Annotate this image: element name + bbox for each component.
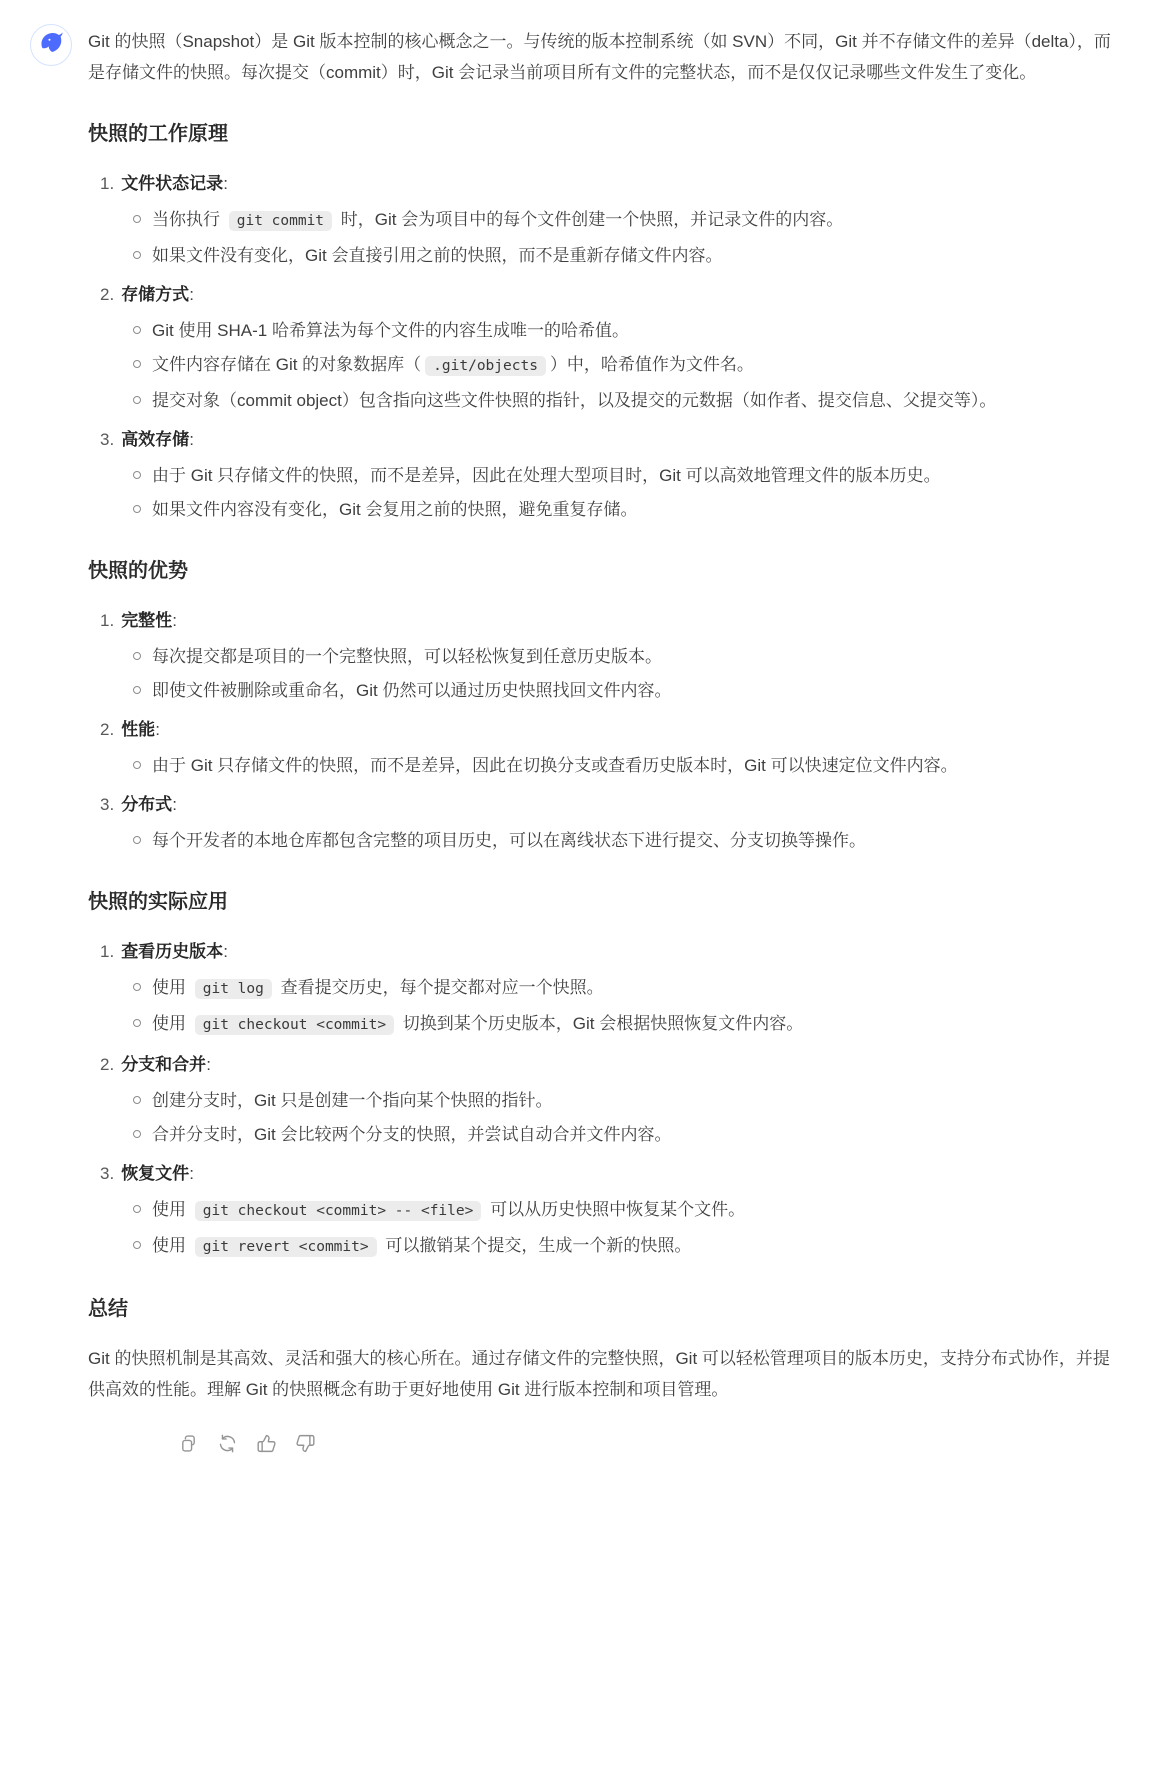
- inline-code: git checkout <commit>: [195, 1015, 394, 1035]
- deepseek-whale-icon: [38, 29, 65, 61]
- bullet-text: 由于 Git 只存储文件的快照，而不是差异，因此在切换分支或查看历史版本时，Gi…: [152, 750, 1123, 781]
- list-item-term: 2.分支和合并:: [100, 1049, 1123, 1080]
- list-item-number: 3.: [100, 795, 114, 814]
- bullet-marker-icon: [133, 983, 141, 991]
- bullet-item: 当你执行 git commit 时，Git 会为项目中的每个文件创建一个快照，并…: [100, 204, 1123, 237]
- copy-button[interactable]: [176, 1431, 200, 1455]
- regenerate-icon: [217, 1433, 238, 1454]
- list-item-term-label: 查看历史版本: [121, 942, 223, 961]
- bullet-item: 使用 git revert <commit> 可以撤销某个提交，生成一个新的快照…: [100, 1230, 1123, 1263]
- section-heading: 快照的实际应用: [88, 888, 1123, 916]
- copy-icon: [178, 1433, 199, 1454]
- list-item-term: 3.恢复文件:: [100, 1158, 1123, 1189]
- inline-code: git commit: [229, 211, 332, 231]
- thumbs-down-icon: [295, 1433, 316, 1454]
- inline-code: .git/objects: [425, 356, 546, 376]
- bullet-item: 由于 Git 只存储文件的快照，而不是差异，因此在处理大型项目时，Git 可以高…: [100, 460, 1123, 491]
- ordered-list: 1.文件状态记录:当你执行 git commit 时，Git 会为项目中的每个文…: [88, 168, 1123, 525]
- list-item-term-label: 恢复文件: [121, 1164, 189, 1183]
- list-item-number: 1.: [100, 174, 114, 193]
- bullet-item: 提交对象（commit object）包含指向这些文件快照的指针，以及提交的元数…: [100, 385, 1123, 416]
- bullet-text: 由于 Git 只存储文件的快照，而不是差异，因此在处理大型项目时，Git 可以高…: [152, 460, 1123, 491]
- paragraph: Git 的快照机制是其高效、灵活和强大的核心所在。通过存储文件的完整快照，Git…: [88, 1343, 1123, 1405]
- list-item-term: 2.存储方式:: [100, 279, 1123, 310]
- bullet-item: 合并分支时，Git 会比较两个分支的快照，并尝试自动合并文件内容。: [100, 1119, 1123, 1150]
- bullet-text: 当你执行 git commit 时，Git 会为项目中的每个文件创建一个快照，并…: [152, 204, 1123, 237]
- list-item-term: 3.高效存储:: [100, 424, 1123, 455]
- bullet-marker-icon: [133, 471, 141, 479]
- list-item-term-label: 分支和合并: [121, 1055, 206, 1074]
- bullet-marker-icon: [133, 761, 141, 769]
- bullet-text: 创建分支时，Git 只是创建一个指向某个快照的指针。: [152, 1085, 1123, 1116]
- list-item-term: 1.完整性:: [100, 605, 1123, 636]
- list-item-number: 3.: [100, 1164, 114, 1183]
- ordered-list: 1.完整性:每次提交都是项目的一个完整快照，可以轻松恢复到任意历史版本。即使文件…: [88, 605, 1123, 856]
- bullet-marker-icon: [133, 686, 141, 694]
- bullet-text: 提交对象（commit object）包含指向这些文件快照的指针，以及提交的元数…: [152, 385, 1123, 416]
- bullet-item: 创建分支时，Git 只是创建一个指向某个快照的指针。: [100, 1085, 1123, 1116]
- list-item-term: 1.文件状态记录:: [100, 168, 1123, 199]
- bullet-text: 如果文件没有变化，Git 会直接引用之前的快照，而不是重新存储文件内容。: [152, 240, 1123, 271]
- bullet-item: 即使文件被删除或重命名，Git 仍然可以通过历史快照找回文件内容。: [100, 675, 1123, 706]
- message-content: Git 的快照（Snapshot）是 Git 版本控制的核心概念之一。与传统的版…: [88, 26, 1123, 1405]
- list-item-number: 2.: [100, 1055, 114, 1074]
- section-heading: 总结: [88, 1295, 1123, 1323]
- bullet-item: 使用 git log 查看提交历史，每个提交都对应一个快照。: [100, 972, 1123, 1005]
- bullet-item: 每次提交都是项目的一个完整快照，可以轻松恢复到任意历史版本。: [100, 641, 1123, 672]
- list-item-number: 1.: [100, 942, 114, 961]
- thumbs-up-icon: [256, 1433, 277, 1454]
- list-item-number: 3.: [100, 430, 114, 449]
- list-item-term-label: 文件状态记录: [121, 174, 223, 193]
- bullet-text: 使用 git checkout <commit> 切换到某个历史版本，Git 会…: [152, 1008, 1123, 1041]
- thumbs-up-button[interactable]: [254, 1431, 278, 1455]
- bullet-text: 使用 git log 查看提交历史，每个提交都对应一个快照。: [152, 972, 1123, 1005]
- list-item-term: 1.查看历史版本:: [100, 936, 1123, 967]
- list-item-number: 2.: [100, 285, 114, 304]
- list-item-term-label: 存储方式: [121, 285, 189, 304]
- bullet-marker-icon: [133, 1205, 141, 1213]
- bullet-item: 如果文件没有变化，Git 会直接引用之前的快照，而不是重新存储文件内容。: [100, 240, 1123, 271]
- regenerate-button[interactable]: [215, 1431, 239, 1455]
- bullet-marker-icon: [133, 396, 141, 404]
- bullet-item: 由于 Git 只存储文件的快照，而不是差异，因此在切换分支或查看历史版本时，Gi…: [100, 750, 1123, 781]
- section-heading: 快照的优势: [88, 557, 1123, 585]
- inline-code: git revert <commit>: [195, 1237, 377, 1257]
- bullet-marker-icon: [133, 215, 141, 223]
- bullet-text: 每个开发者的本地仓库都包含完整的项目历史，可以在离线状态下进行提交、分支切换等操…: [152, 825, 1123, 856]
- list-item-number: 1.: [100, 611, 114, 630]
- bullet-text: 使用 git revert <commit> 可以撤销某个提交，生成一个新的快照…: [152, 1230, 1123, 1263]
- bullet-text: 每次提交都是项目的一个完整快照，可以轻松恢复到任意历史版本。: [152, 641, 1123, 672]
- bullet-marker-icon: [133, 1096, 141, 1104]
- bullet-marker-icon: [133, 1241, 141, 1249]
- bullet-item: 如果文件内容没有变化，Git 会复用之前的快照，避免重复存储。: [100, 494, 1123, 525]
- bullet-marker-icon: [133, 360, 141, 368]
- bullet-text: 如果文件内容没有变化，Git 会复用之前的快照，避免重复存储。: [152, 494, 1123, 525]
- inline-code: git log: [195, 979, 272, 999]
- thumbs-down-button[interactable]: [293, 1431, 317, 1455]
- section-heading: 快照的工作原理: [88, 120, 1123, 148]
- bullet-marker-icon: [133, 251, 141, 259]
- bullet-text: 使用 git checkout <commit> -- <file> 可以从历史…: [152, 1194, 1123, 1227]
- list-item-term-label: 高效存储: [121, 430, 189, 449]
- list-item-term-label: 性能: [121, 720, 155, 739]
- ordered-list: 1.查看历史版本:使用 git log 查看提交历史，每个提交都对应一个快照。使…: [88, 936, 1123, 1263]
- bullet-marker-icon: [133, 652, 141, 660]
- bullet-marker-icon: [133, 1130, 141, 1138]
- paragraph: Git 的快照（Snapshot）是 Git 版本控制的核心概念之一。与传统的版…: [88, 26, 1123, 88]
- bullet-marker-icon: [133, 326, 141, 334]
- list-item-term: 3.分布式:: [100, 789, 1123, 820]
- bullet-item: 每个开发者的本地仓库都包含完整的项目历史，可以在离线状态下进行提交、分支切换等操…: [100, 825, 1123, 856]
- actions-bar: [176, 1431, 1123, 1455]
- bullet-marker-icon: [133, 505, 141, 513]
- bullet-text: 合并分支时，Git 会比较两个分支的快照，并尝试自动合并文件内容。: [152, 1119, 1123, 1150]
- bullet-item: Git 使用 SHA-1 哈希算法为每个文件的内容生成唯一的哈希值。: [100, 315, 1123, 346]
- assistant-message: Git 的快照（Snapshot）是 Git 版本控制的核心概念之一。与传统的版…: [0, 0, 1159, 1477]
- list-item-term: 2.性能:: [100, 714, 1123, 745]
- bullet-item: 使用 git checkout <commit> 切换到某个历史版本，Git 会…: [100, 1008, 1123, 1041]
- bullet-text: 即使文件被删除或重命名，Git 仍然可以通过历史快照找回文件内容。: [152, 675, 1123, 706]
- bullet-marker-icon: [133, 1019, 141, 1027]
- bullet-text: 文件内容存储在 Git 的对象数据库（.git/objects）中，哈希值作为文…: [152, 349, 1123, 382]
- bullet-marker-icon: [133, 836, 141, 844]
- bullet-text: Git 使用 SHA-1 哈希算法为每个文件的内容生成唯一的哈希值。: [152, 315, 1123, 346]
- list-item-number: 2.: [100, 720, 114, 739]
- avatar: [30, 24, 72, 66]
- inline-code: git checkout <commit> -- <file>: [195, 1201, 482, 1221]
- list-item-term-label: 分布式: [121, 795, 172, 814]
- bullet-item: 文件内容存储在 Git 的对象数据库（.git/objects）中，哈希值作为文…: [100, 349, 1123, 382]
- bullet-item: 使用 git checkout <commit> -- <file> 可以从历史…: [100, 1194, 1123, 1227]
- list-item-term-label: 完整性: [121, 611, 172, 630]
